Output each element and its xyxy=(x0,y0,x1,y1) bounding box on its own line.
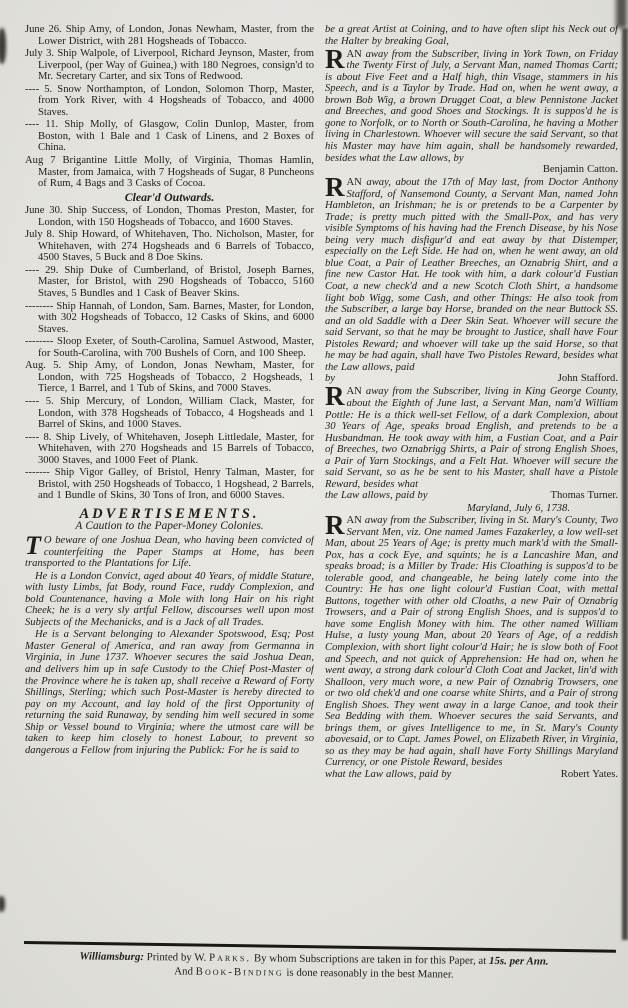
signature: John Stafford. xyxy=(558,373,618,385)
signature: Thomas Turner. xyxy=(551,490,619,502)
notice-text: away from the Subscriber, living in St. … xyxy=(325,515,618,768)
shipping-entry: Aug. 5. Ship Amy, of London, Jonas Newha… xyxy=(25,360,314,395)
signature-line: Benjamin Catton. xyxy=(325,164,618,176)
notice-caps: AN xyxy=(347,515,362,526)
shipping-entry: ---- 29. Ship Duke of Cumberland, of Bri… xyxy=(25,265,314,300)
notice-body: RAN away from the Subscriber, living in … xyxy=(325,515,618,769)
imprint-price: 15s. per Ann. xyxy=(489,955,549,968)
shipping-entry: ---- 8. Ship Lively, of Whitehaven, Jose… xyxy=(25,432,314,467)
runaway-notice: RAN away, about the 17th of May last, fr… xyxy=(325,177,618,385)
dropcap-initial: R xyxy=(325,49,347,70)
shipping-entry: -------- Sloop Exeter, of South-Carolina… xyxy=(25,336,314,359)
advertisements-heading: ADVERTISEMENTS. xyxy=(25,509,314,521)
notice-text: away from the Subscriber, living in King… xyxy=(325,386,618,489)
runaway-notice: RAN away from the Subscriber, living in … xyxy=(325,49,618,176)
imprint-bookbinding: Book-Binding xyxy=(196,965,284,978)
shipping-entry: June 26. Ship Amy, of London, Jonas Newh… xyxy=(25,24,314,47)
dropcap-initial: R xyxy=(325,177,347,198)
newspaper-scan: { "theme": { "paper": "#e3e2dd", "ink": … xyxy=(0,0,628,1008)
continuation-paragraph: be a great Artist at Coining, and to hav… xyxy=(325,24,618,47)
shipping-entry: June 30. Ship Success, of London, Thomas… xyxy=(25,205,314,228)
shipping-entry: ---- 5. Snow Northampton, of London, Sol… xyxy=(25,84,314,119)
shipping-entry: ---- 5. Ship Mercury, of London, William… xyxy=(25,396,314,431)
footer-imprint: Williamsburg: Printed by W. Parks. By wh… xyxy=(0,949,628,983)
signature: Benjamin Catton. xyxy=(543,164,618,176)
caution-text: O beware of one Joshua Dean, who having … xyxy=(25,535,314,569)
shipping-entry: Aug 7 Brigantine Little Molly, of Virgin… xyxy=(25,155,314,190)
caution-paragraph: TO beware of one Joshua Dean, who having… xyxy=(25,535,314,570)
convict-description-paragraph: He is a London Convict, aged about 40 Ye… xyxy=(25,571,314,629)
notice-caps: AN xyxy=(347,49,362,60)
signature-line: what the Law allows, paid byRobert Yates… xyxy=(325,769,618,781)
scan-smudge-top-left xyxy=(0,28,6,64)
shipping-entry: -------- Ship Hannah, of London, Sam. Ba… xyxy=(25,301,314,336)
scan-edge-right xyxy=(622,28,628,940)
shipping-entry: ------- Ship Vigor Galley, of Bristol, H… xyxy=(25,467,314,502)
column-left: June 26. Ship Amy, of London, Jonas Newh… xyxy=(25,24,314,940)
notice-text: away from the Subscriber, living in York… xyxy=(325,49,618,164)
newspaper-page: June 26. Ship Amy, of London, Jonas Newh… xyxy=(0,0,628,1008)
notice-body: RAN away from the Subscriber, living in … xyxy=(325,49,618,164)
runaway-notice: RAN away from the Subscriber, living in … xyxy=(325,386,618,501)
imprint-line2-rest: is done reasonably in the best Manner. xyxy=(286,966,453,980)
column-right: be a great Artist at Coining, and to hav… xyxy=(325,24,618,940)
notice-body: RAN away from the Subscriber, living in … xyxy=(325,386,618,490)
notice-caps: AN xyxy=(347,386,362,397)
notice-caps: AN xyxy=(347,177,362,188)
shipping-entry: July 3. Ship Walpole, of Liverpool, Rich… xyxy=(25,48,314,83)
shipping-entry: ---- 11. Ship Molly, of Glasgow, Colin D… xyxy=(25,119,314,154)
dropcap-initial: R xyxy=(325,386,347,407)
caution-heading: A Caution to the Paper-Money Colonies. xyxy=(25,521,314,533)
notice-text: away, about the 17th of May last, from D… xyxy=(325,177,618,373)
imprint-and: And xyxy=(174,965,193,977)
signature-line: byJohn Stafford. xyxy=(325,373,618,385)
runaway-notice: Maryland, July 6, 1738. RAN away from th… xyxy=(325,503,618,780)
cleared-outwards-heading: Clear'd Outwards. xyxy=(25,192,314,204)
dateline: Maryland, July 6, 1738. xyxy=(325,503,618,515)
signature: Robert Yates. xyxy=(561,769,618,781)
imprint-subscription: By whom Subscriptions are taken in for t… xyxy=(254,952,487,967)
signature-tail: what the Law allows, paid by xyxy=(325,769,451,781)
imprint-place: Williamsburg: xyxy=(80,950,144,963)
signature-line: the Law allows, paid byThomas Turner. xyxy=(325,490,618,502)
scan-smudge-bottom-left xyxy=(0,896,5,912)
imprint-printed-by: Printed by W. xyxy=(147,951,207,964)
notice-body: RAN away, about the 17th of May last, fr… xyxy=(325,177,618,373)
signature-tail: the Law allows, paid by xyxy=(325,490,428,502)
signature-tail: by xyxy=(325,373,335,385)
dropcap-initial: R xyxy=(325,515,347,536)
dropcap-initial: T xyxy=(25,535,44,556)
convict-reward-paragraph: He is a Servant belonging to Alexander S… xyxy=(25,629,314,756)
imprint-printer-name: Parks. xyxy=(209,952,251,964)
shipping-entry: July 8. Ship Howard, of Whitehaven, Tho.… xyxy=(25,229,314,264)
